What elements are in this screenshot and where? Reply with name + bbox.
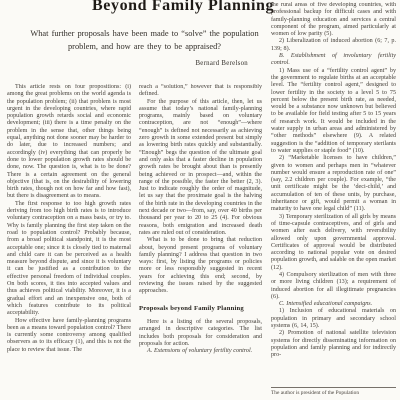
paragraph: For the purpose of this article, then, l… (139, 99, 262, 238)
author-affiliation-footnote: The author is president of the Populatio… (271, 387, 396, 400)
paragraph: the rural areas of five developing count… (271, 2, 396, 38)
paragraph: This article rests on four propositions:… (7, 84, 131, 201)
paragraph: 1) Inclusion of educational materials on… (271, 308, 396, 330)
text-column-3: the rural areas of five developing count… (271, 2, 396, 385)
text-column-1: This article rests on four propositions:… (7, 84, 131, 396)
paragraph: What is to be done to bring that reducti… (139, 237, 262, 295)
article-subtitle: What further proposals have been made to… (28, 27, 261, 53)
paragraph: 2) Promotion of national satellite telev… (271, 330, 396, 359)
section-heading: Proposals beyond Family Planning (139, 305, 262, 312)
paragraph: 2) Liberalization of induced abortion (6… (271, 38, 396, 53)
paragraph: reach a “solution,” however that is resp… (139, 84, 262, 99)
paragraph: The first response to too high growth ra… (7, 201, 131, 318)
journal-page: Beyond Family Planning What further prop… (0, 0, 400, 400)
text-column-2: reach a “solution,” however that is resp… (139, 84, 262, 396)
paragraph: 2) “Marketable licenses to have children… (271, 155, 396, 213)
paragraph: 4) Compulsory sterilization of men with … (271, 272, 396, 301)
paragraph: A. Extensions of voluntary fertility con… (139, 348, 262, 355)
paragraph: 1) Mass use of a “fertility control agen… (271, 68, 396, 156)
paragraph: How effective have family-planning progr… (7, 318, 131, 354)
article-title: Beyond Family Planning (92, 0, 272, 15)
paragraph: 3) Temporary sterilization of all girls … (271, 214, 396, 272)
author-byline: Bernard Berelson (120, 60, 248, 67)
paragraph: B. Establishment of involuntary fertilit… (271, 53, 396, 68)
paragraph: Here is a listing of the several proposa… (139, 319, 262, 348)
